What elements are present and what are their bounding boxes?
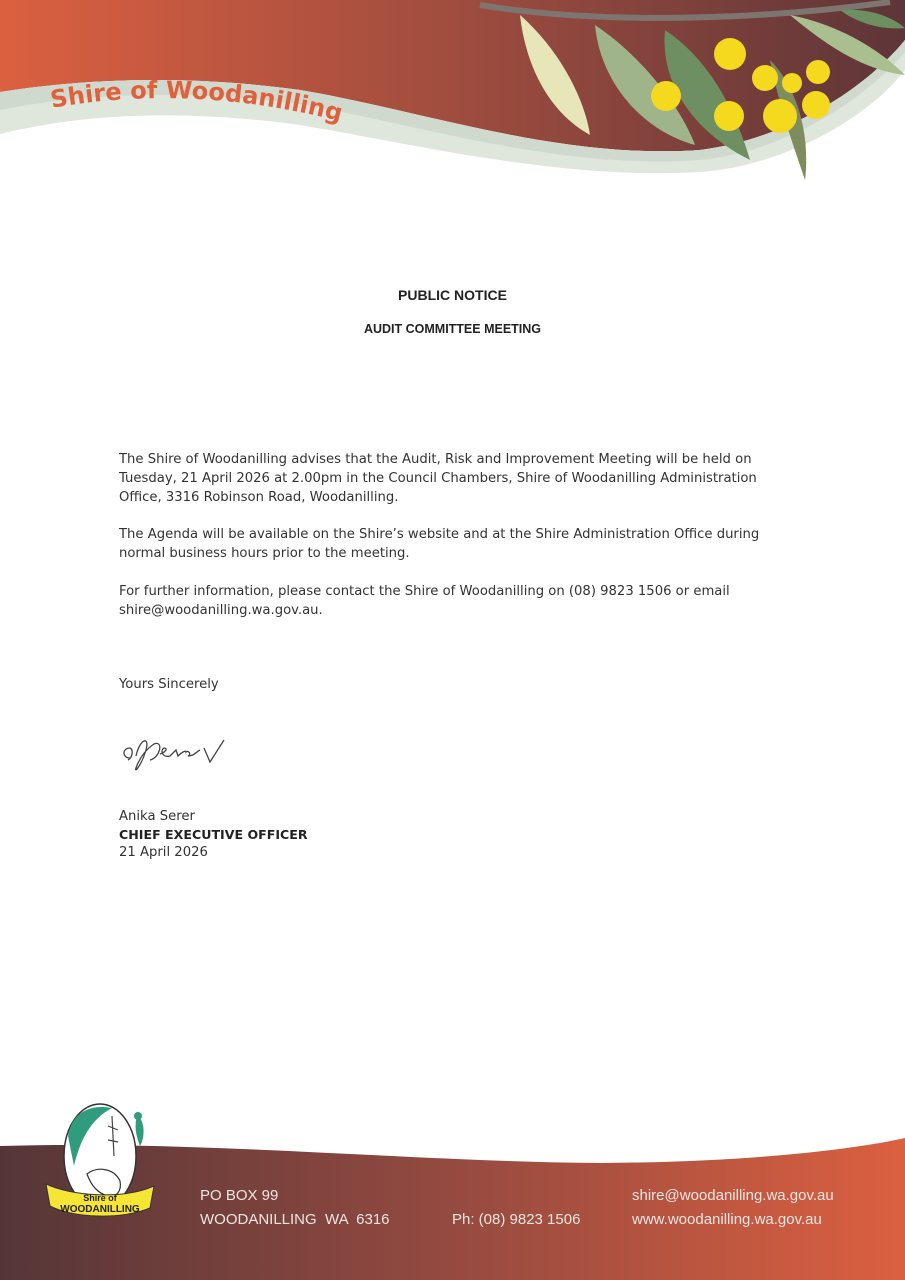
- logo-text-top: Shire of: [83, 1193, 118, 1203]
- footer-website-link[interactable]: www.woodanilling.wa.gov.au: [632, 1208, 834, 1232]
- signature-date: 21 April 2026: [119, 844, 308, 862]
- logo-text-bottom: WOODANILLING: [60, 1204, 140, 1215]
- signature-image: [120, 728, 230, 778]
- footer-email-link[interactable]: shire@woodanilling.wa.gov.au: [632, 1184, 834, 1208]
- footer-contact: shire@woodanilling.wa.gov.au www.woodani…: [632, 1184, 834, 1232]
- paragraph-agenda: The Agenda will be available on the Shir…: [119, 525, 799, 563]
- paragraph-contact: For further information, please contact …: [119, 582, 799, 620]
- svg-text:Shire of Woodanilling: Shire of Woodanilling: [48, 76, 345, 127]
- paragraph-meeting-details: The Shire of Woodanilling advises that t…: [119, 450, 799, 507]
- letterhead-header: Circle Shire of Woodanilling: [0, 0, 905, 200]
- shire-crest-logo: Shire of WOODANILLING: [42, 1096, 162, 1226]
- address-line-2: WOODANILLING WA 6316: [200, 1208, 390, 1232]
- org-name-curved: Shire of Woodanilling: [0, 0, 400, 140]
- address-line-1: PO BOX 99: [200, 1184, 390, 1208]
- closing-salutation: Yours Sincerely: [119, 675, 799, 694]
- org-name: Shire of Woodanilling: [48, 76, 345, 127]
- postal-address: PO BOX 99 WOODANILLING WA 6316: [200, 1184, 390, 1232]
- signatory-role: CHIEF EXECUTIVE OFFICER: [119, 826, 308, 844]
- footer-phone: Ph: (08) 9823 1506: [452, 1208, 580, 1232]
- signatory-name: Anika Serer: [119, 808, 308, 826]
- notice-subtitle: AUDIT COMMITTEE MEETING: [0, 322, 905, 336]
- notice-title: PUBLIC NOTICE: [0, 287, 905, 303]
- signatory-block: Anika Serer CHIEF EXECUTIVE OFFICER 21 A…: [119, 808, 308, 862]
